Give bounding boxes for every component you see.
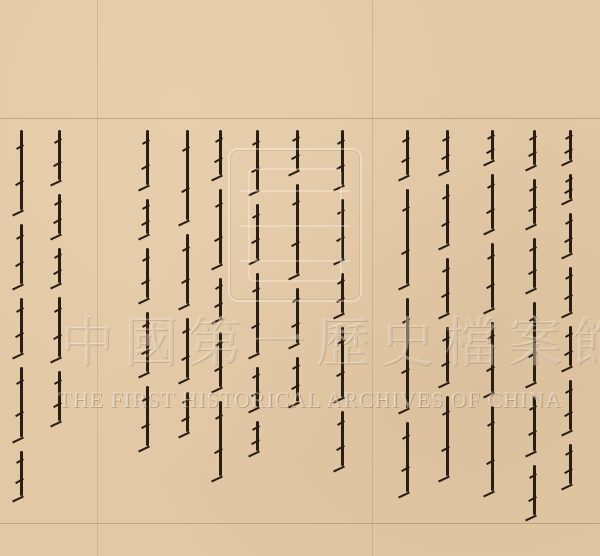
manchu-word — [219, 189, 222, 264]
fold-line-bottom — [0, 523, 600, 524]
manchu-word — [446, 184, 449, 244]
manchu-word — [341, 411, 344, 466]
manchu-word — [533, 238, 536, 288]
manchu-word — [406, 189, 409, 284]
manchu-word — [146, 130, 149, 185]
manchu-word — [406, 422, 409, 492]
manchu-word — [569, 213, 572, 253]
manchu-word — [491, 243, 494, 308]
manchu-word — [491, 130, 494, 160]
fold-line-right — [372, 0, 373, 556]
text-column — [14, 130, 28, 510]
watermark-chinese: 中國第一歷史檔案館 — [60, 300, 550, 377]
manchu-word — [146, 248, 149, 298]
fold-line-left — [97, 0, 98, 556]
manchu-word — [569, 130, 572, 160]
manchu-word — [491, 406, 494, 491]
manchu-word — [186, 234, 189, 304]
manchu-word — [533, 179, 536, 224]
manchu-word — [406, 130, 409, 175]
manchu-word — [491, 174, 494, 229]
manchu-word — [569, 444, 572, 484]
manchu-word — [186, 130, 189, 220]
manchu-word — [256, 421, 259, 451]
manchu-word — [58, 194, 61, 234]
manchu-word — [20, 451, 23, 496]
manchu-word — [20, 367, 23, 437]
manchu-word — [569, 267, 572, 312]
manchu-word — [20, 298, 23, 353]
manchu-word — [20, 224, 23, 284]
archive-seal-watermark — [228, 148, 362, 302]
manchu-word — [533, 130, 536, 165]
manuscript-page: 中國第一歷史檔案館 THE FIRST HISTORICAL ARCHIVES … — [0, 0, 600, 556]
manchu-word — [533, 465, 536, 515]
watermark-english: THE FIRST HISTORICAL ARCHIVES OF CHINA — [58, 387, 562, 413]
fold-line-top — [0, 118, 600, 119]
manchu-word — [219, 130, 222, 175]
manchu-word — [146, 199, 149, 234]
manchu-word — [58, 248, 61, 283]
manchu-word — [569, 174, 572, 199]
manchu-word — [58, 130, 61, 180]
manchu-word — [446, 130, 449, 170]
seal-bar — [240, 260, 350, 262]
seal-bar — [240, 190, 350, 192]
manchu-word — [569, 380, 572, 430]
seal-bar — [240, 225, 350, 227]
manchu-word — [20, 130, 23, 210]
